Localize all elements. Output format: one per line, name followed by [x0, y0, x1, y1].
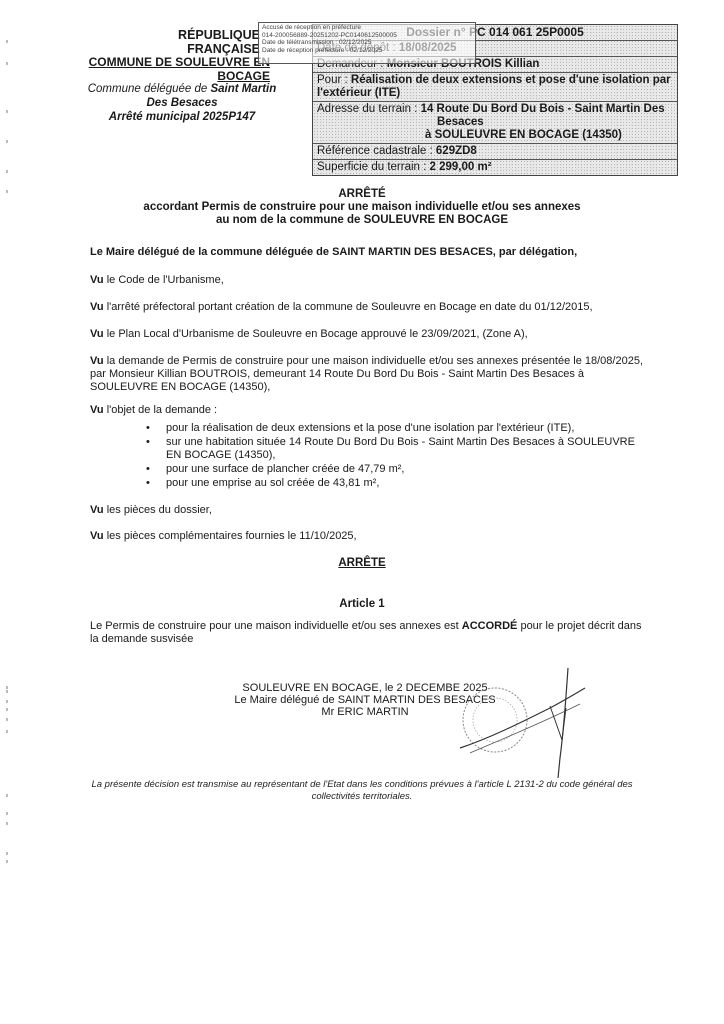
- superficie-label: Superficie du terrain :: [317, 161, 430, 173]
- superficie-value: 2 299,00 m²: [430, 161, 492, 173]
- vu-demande: Vu la demande de Permis de construire po…: [90, 355, 650, 394]
- list-item: pour une emprise au sol créée de 43,81 m…: [146, 477, 636, 490]
- republic-heading: RÉPUBLIQUE FRANÇAISE: [110, 28, 260, 56]
- signature-stamp-icon: [440, 668, 590, 778]
- pour-label: Pour :: [317, 74, 351, 86]
- vu-word: Vu: [90, 274, 104, 286]
- objet-list: pour la réalisation de deux extensions e…: [146, 422, 636, 491]
- delegated-prefix: Commune déléguée de: [88, 83, 211, 95]
- article-text: Le Permis de construire pour une maison …: [90, 620, 462, 632]
- vu-word: Vu: [90, 530, 104, 542]
- list-item: pour une surface de plancher créée de 47…: [146, 463, 636, 476]
- adresse-line2: Besaces: [317, 116, 673, 129]
- vu-text: l'objet de la demande :: [104, 404, 217, 416]
- legal-footer: La présente décision est transmise au re…: [90, 779, 634, 803]
- scan-margin-marks: [6, 0, 12, 1024]
- accorde-word: ACCORDÉ: [462, 620, 518, 632]
- pour-row: Pour : Réalisation de deux extensions et…: [313, 73, 677, 102]
- superficie-row: Superficie du terrain : 2 299,00 m²: [313, 160, 677, 175]
- cadastre-row: Référence cadastrale : 629ZD8: [313, 144, 677, 160]
- title-heading: ARRÊTÉ: [90, 188, 634, 201]
- vu-arrete-prefectoral: Vu l'arrêté préfectoral portant création…: [90, 301, 650, 314]
- stamp-line: Date de télétransmission : 02/12/2025: [262, 39, 472, 47]
- vu-pieces-dossier: Vu les pièces du dossier,: [90, 504, 650, 517]
- adresse-line1: 14 Route Du Bord Du Bois - Saint Martin …: [421, 103, 665, 115]
- document-title: ARRÊTÉ accordant Permis de construire po…: [90, 188, 634, 227]
- list-item: sur une habitation située 14 Route Du Bo…: [146, 436, 636, 462]
- adresse-line3: à SOULEUVRE EN BOCAGE (14350): [317, 129, 673, 142]
- article-1-text: Le Permis de construire pour une maison …: [90, 620, 650, 646]
- vu-objet: Vu l'objet de la demande :: [90, 404, 650, 417]
- vu-word: Vu: [90, 328, 104, 340]
- arrete-heading: ARRÊTE: [90, 557, 634, 569]
- list-item: pour la réalisation de deux extensions e…: [146, 422, 636, 435]
- vu-word: Vu: [90, 301, 104, 313]
- vu-word: Vu: [90, 404, 104, 416]
- title-line2: au nom de la commune de SOULEUVRE EN BOC…: [90, 214, 634, 227]
- vu-word: Vu: [90, 355, 104, 367]
- stamp-line: Accusé de réception en préfecture: [262, 24, 472, 32]
- cadastre-label: Référence cadastrale :: [317, 145, 436, 157]
- prefecture-reception-stamp: Accusé de réception en préfecture 014-20…: [258, 22, 476, 64]
- vu-code-urbanisme: Vu le Code de l'Urbanisme,: [90, 274, 650, 287]
- title-line1: accordant Permis de construire pour une …: [90, 201, 634, 214]
- adresse-row: Adresse du terrain : 14 Route Du Bord Du…: [313, 102, 677, 144]
- vu-text: le Plan Local d'Urbanisme de Souleuvre e…: [104, 328, 528, 340]
- stamp-line: Date de réception préfecture : 02/12/202…: [262, 47, 472, 55]
- maire-statement: Le Maire délégué de la commune déléguée …: [90, 246, 650, 259]
- vu-pieces-complementaires: Vu les pièces complémentaires fournies l…: [90, 530, 650, 543]
- vu-text: l'arrêté préfectoral portant création de…: [104, 301, 593, 313]
- cadastre-value: 629ZD8: [436, 145, 477, 157]
- vu-text: le Code de l'Urbanisme,: [104, 274, 224, 286]
- vu-plu: Vu le Plan Local d'Urbanisme de Souleuvr…: [90, 328, 650, 341]
- article-1-heading: Article 1: [90, 598, 634, 610]
- vu-word: Vu: [90, 504, 104, 516]
- vu-text: la demande de Permis de construire pour …: [90, 355, 643, 393]
- adresse-label: Adresse du terrain :: [317, 103, 421, 115]
- delegated-commune-block: Commune déléguée de Saint Martin Des Bes…: [82, 82, 282, 124]
- commune-heading: COMMUNE DE SOULEUVRE EN BOCAGE: [78, 55, 270, 83]
- pour-value: Réalisation de deux extensions et pose d…: [317, 74, 671, 99]
- stamp-line: 014-200056889-20251202-PC0140612500005: [262, 32, 472, 40]
- vu-text: les pièces complémentaires fournies le 1…: [104, 530, 357, 542]
- arrete-number: Arrêté municipal 2025P147: [109, 111, 255, 123]
- vu-text: les pièces du dossier,: [104, 504, 212, 516]
